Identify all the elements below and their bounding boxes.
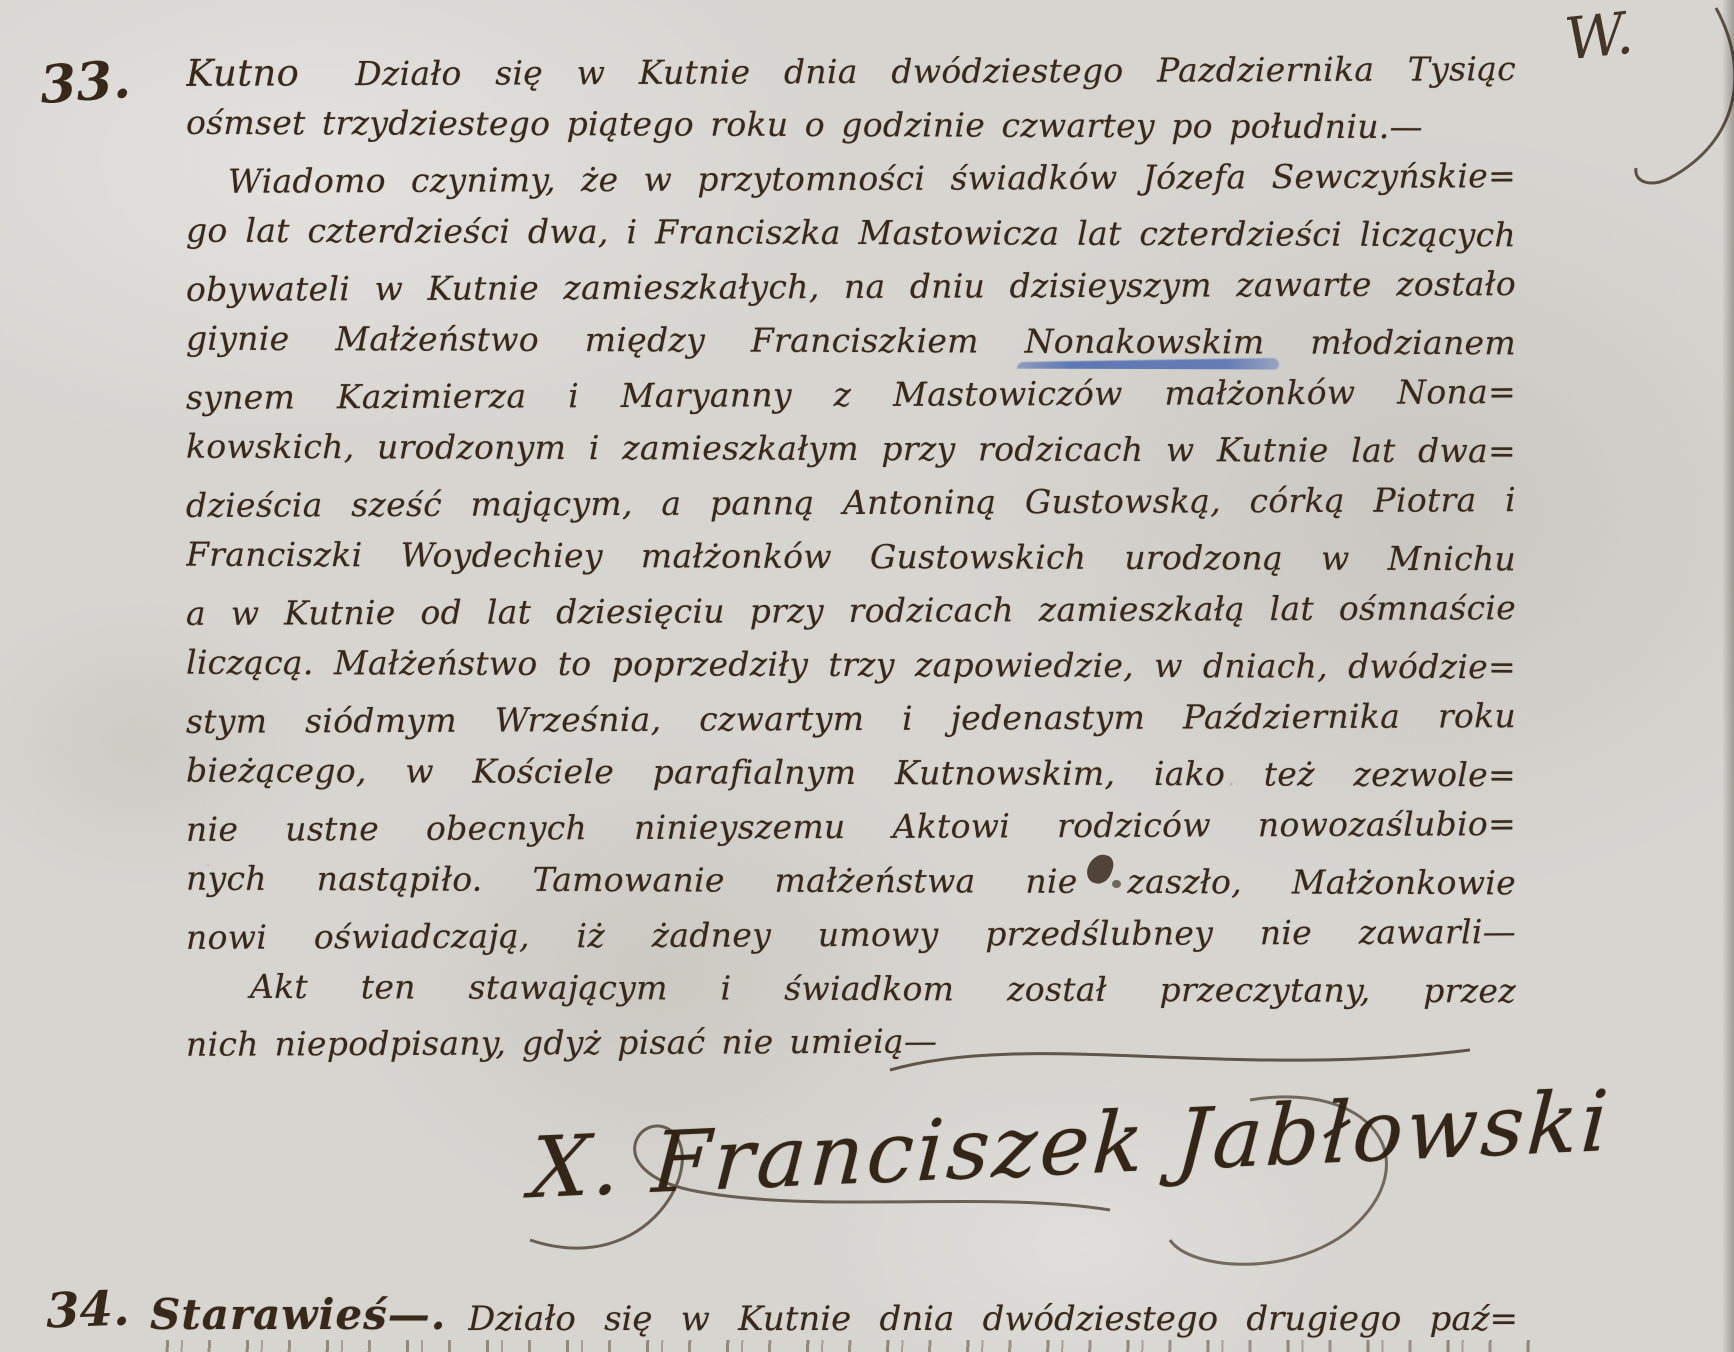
record-line: giynie Małżeństwo między Franciszkiem No…	[186, 312, 1516, 371]
record-34-place-name: Starawieś—.	[150, 1290, 446, 1339]
record-line: go lat czterdzieści dwa, i Franciszka Ma…	[186, 204, 1516, 263]
record-line: bieżącego, w Kościele parafialnym Kutnow…	[186, 744, 1516, 803]
record-33-number: 33.	[38, 49, 133, 116]
record-line-text: giynie Małżeństwo między Franciszkiem	[186, 319, 1025, 361]
corner-flourish-stroke	[1620, 0, 1734, 190]
record-line-text: młodzianem	[1264, 322, 1516, 362]
record-line: dzieścia sześć mającym, a panną Antoniną…	[186, 473, 1516, 533]
record-line: ośmset trzydziestego piątego roku o godz…	[186, 96, 1423, 154]
record-line: kowskich, urodzonym i zamieszkałym przy …	[186, 420, 1516, 479]
page-corner-mark: W.	[1562, 0, 1637, 73]
scan-edge-shadow	[1722, 0, 1734, 1352]
record-line: Franciszki Woydechiey małżonków Gustowsk…	[186, 528, 1516, 587]
record-line: synem Kazimierza i Maryanny z Mastowiczó…	[186, 365, 1516, 425]
clipped-next-line-stroke-tops	[150, 1340, 1530, 1352]
record-line: Wiadomo czynimy, że w przytomności świad…	[186, 149, 1516, 209]
record-line: stym siódmym Września, czwartym i jedena…	[186, 689, 1516, 749]
signature-block: X. Franciszek Jabłowski	[470, 1040, 1470, 1290]
record-line: nych nastąpiło. Tamowanie małżeństwa nie…	[186, 852, 1516, 911]
priest-signature: X. Franciszek Jabłowski	[527, 1081, 1412, 1218]
record-line: a w Kutnie od lat dziesięciu przy rodzic…	[186, 581, 1516, 641]
record-line: KutnoDziało się w Kutnie dnia dwódzieste…	[186, 41, 1516, 101]
ink-blot	[1112, 880, 1121, 888]
record-line: nie ustne obecnych ninieyszemu Aktowi ro…	[186, 797, 1516, 857]
record-34-number: 34.	[45, 1281, 130, 1340]
scanned-marriage-register-page: W. 33. KutnoDziało się w Kutnie dnia dwó…	[0, 0, 1734, 1352]
record-line: liczącą. Małżeństwo to poprzedziły trzy …	[186, 636, 1516, 695]
record-line: nowi oświadczają, iż żadney umowy przedś…	[186, 905, 1516, 965]
record-33-body-text: KutnoDziało się w Kutnie dnia dwódzieste…	[186, 44, 1516, 1070]
record-line-text: Działo się w Kutnie dnia dwódziestego Pa…	[355, 49, 1516, 93]
underlined-groom-surname: Nonakowskim	[1025, 315, 1265, 370]
record-33-place-name: Kutno	[186, 51, 299, 94]
record-line: obywateli w Kutnie zamieszkałych, na dni…	[186, 257, 1516, 317]
record-line: Akt ten stawającym i świadkom został prz…	[186, 960, 1516, 1019]
